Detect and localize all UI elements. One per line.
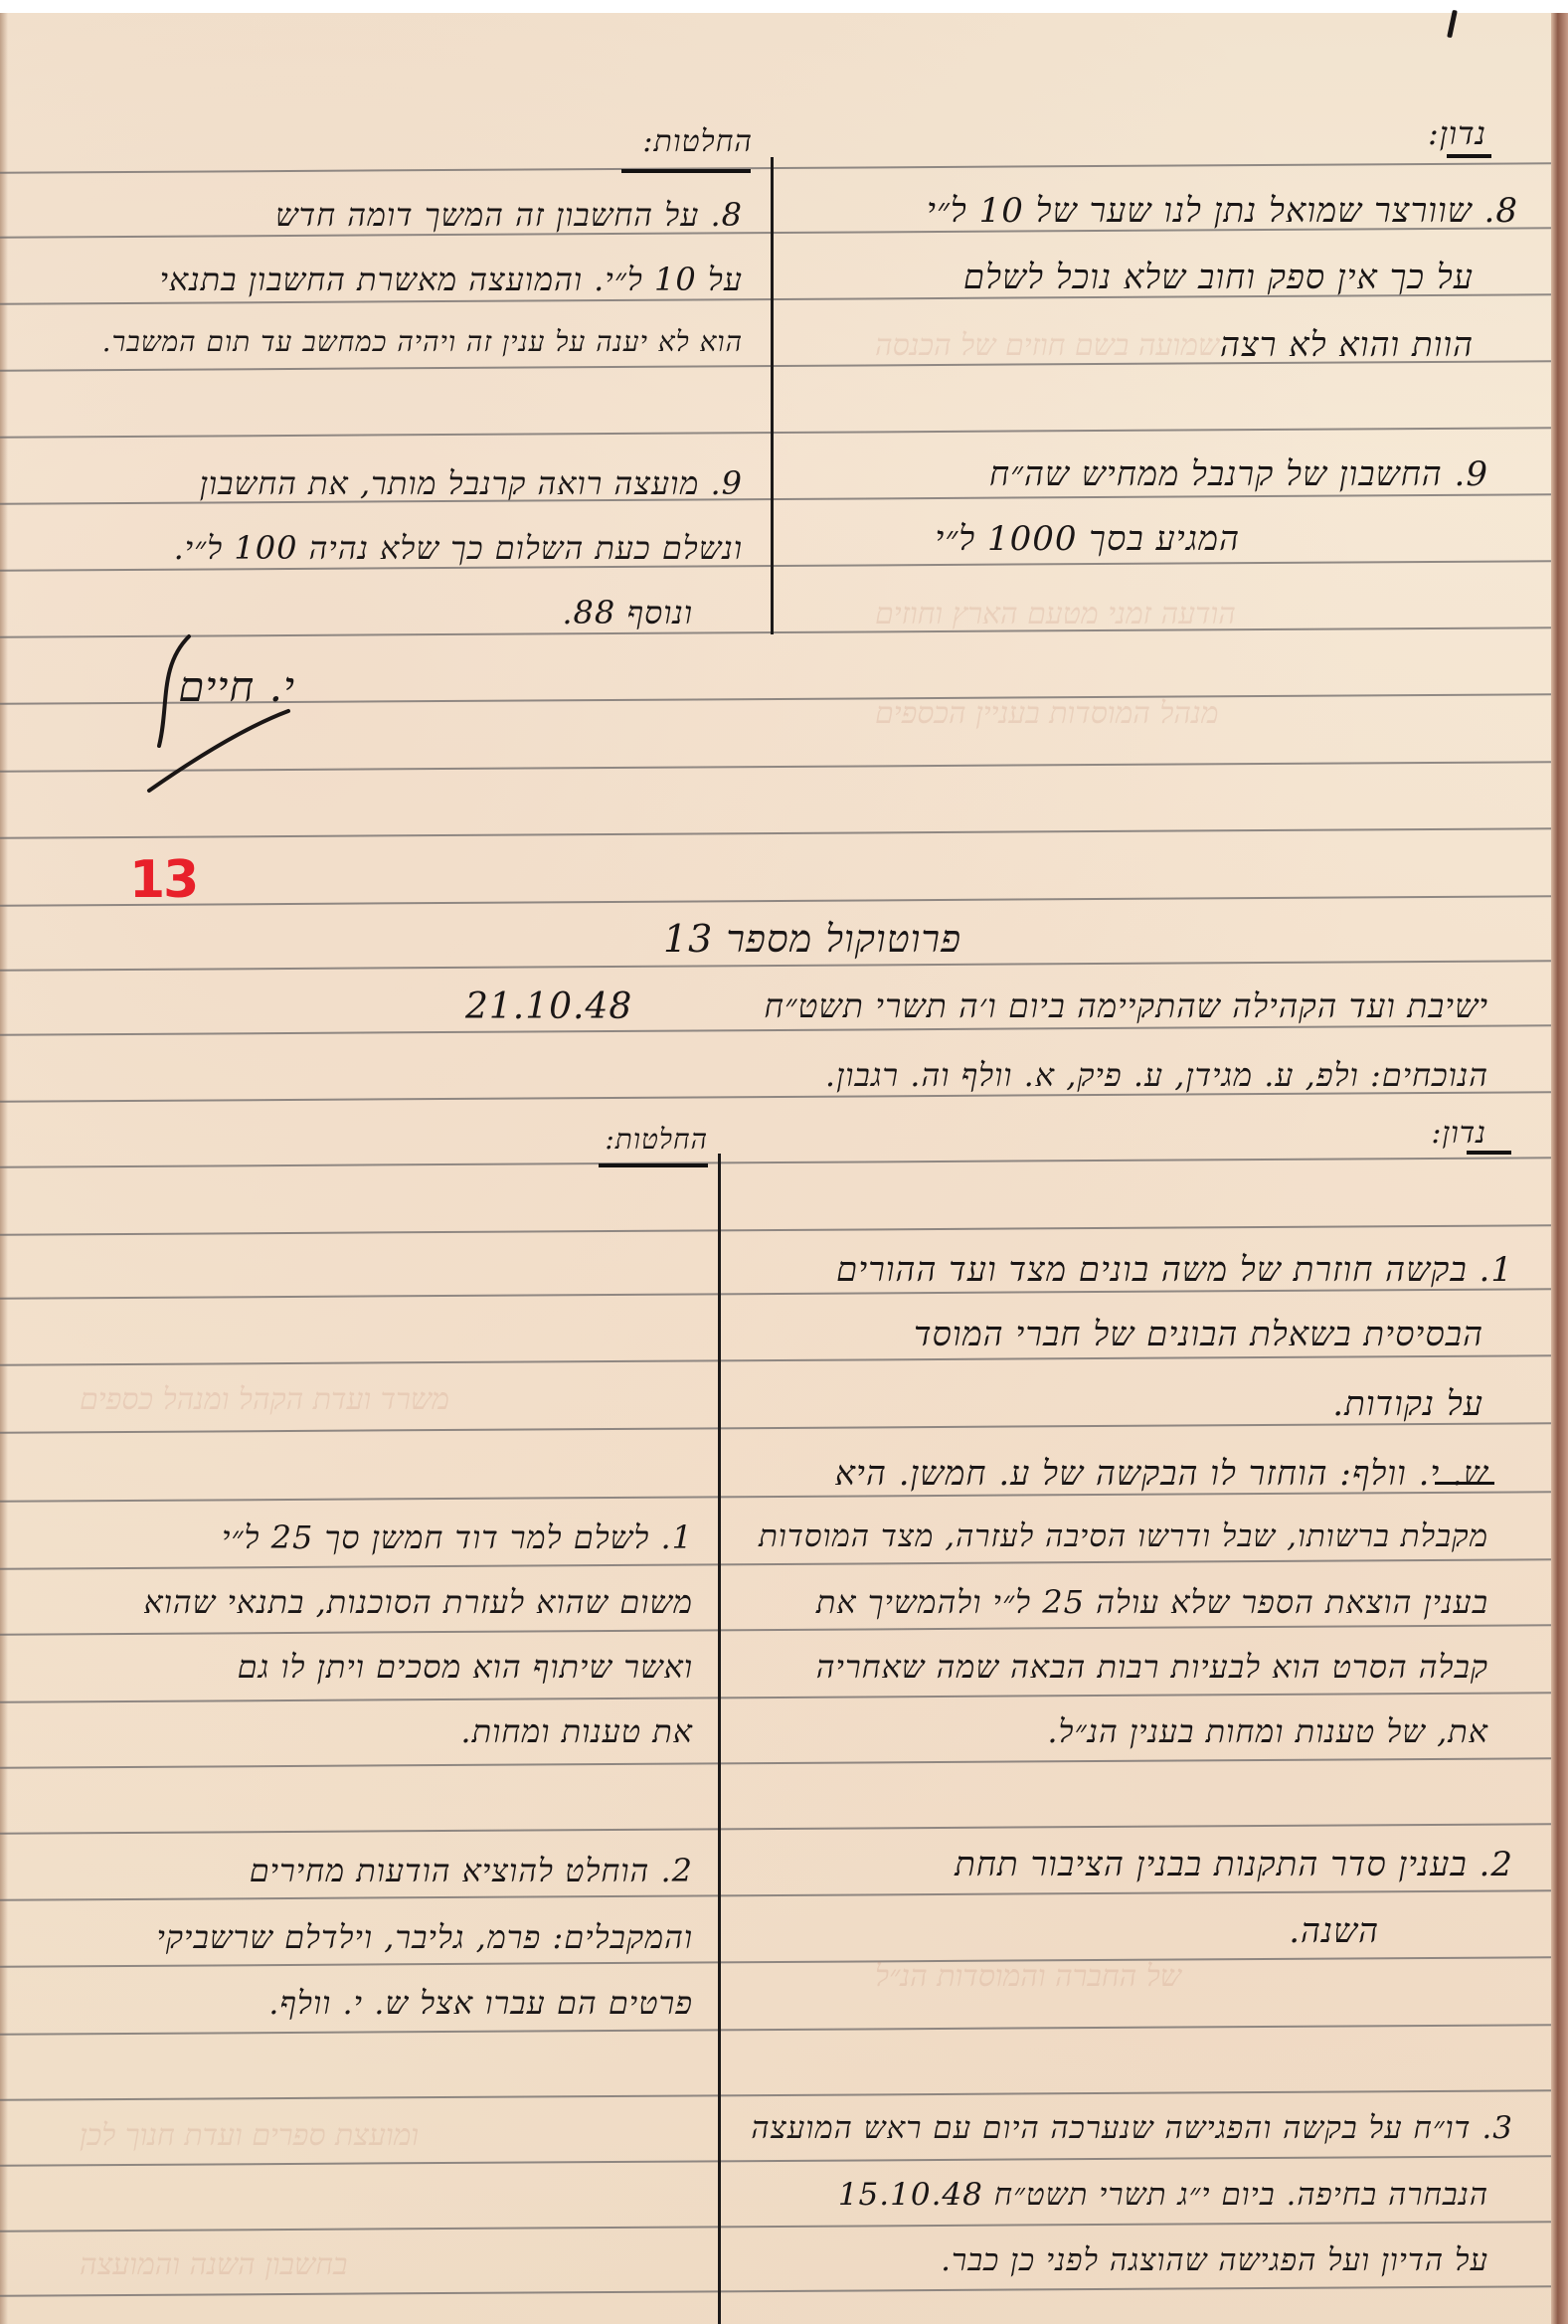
- subject-item-line: על הדיון ועל הפגישה שהוצגה לפני כן כבר.: [941, 2245, 1488, 2276]
- red-protocol-number-annotation: 13: [129, 850, 197, 910]
- subject-header-underline: [1447, 154, 1491, 158]
- session-line: ישיבת ועד הקהילה שהתקיימה ביום ו׳ה תשרי …: [764, 989, 1488, 1022]
- subject-column-header: נדון:: [1428, 117, 1486, 149]
- signature-flourish-icon: [139, 626, 318, 796]
- decision-item-line: 9. מועצה רואה קרנבל מותר, את החשבון: [200, 467, 743, 499]
- attendees-line: הנוכחים: ולפ, ע. מגידן, ע. פיק, א. וולף …: [825, 1059, 1488, 1091]
- subject-note-line: קבלה הסרט הוא לבעיות רבות הבאה שמה שאחרי…: [816, 1651, 1488, 1683]
- subject-item-line: 1. בקשה חוזרת של משה בונים מצד ועד ההורי…: [836, 1253, 1513, 1287]
- decision-item-line: ונוסף 88.: [562, 597, 693, 628]
- subject-item-line: הוות והוא לא רצה: [1220, 328, 1474, 362]
- subject-item-line: על נקודות.: [1332, 1387, 1483, 1421]
- decisions-header-underline: [621, 169, 751, 173]
- subject-item-line: 3. דו״ח על בקשה והפגישה שנערכה היום עם ר…: [751, 2113, 1513, 2144]
- subject-note-line: ש. י. וולף: הוחזר לו הבקשה של ע. חמשן. ה…: [835, 1457, 1488, 1491]
- subject-item-line: המגיע בסך 1000 ל״י: [935, 522, 1240, 556]
- note-label-underline: [1435, 1482, 1494, 1485]
- subject-item-line: 8. שוורצר שמואל נתן לנו שער של 10 ל״י: [927, 194, 1518, 228]
- decisions-column-header: החלטות:: [642, 127, 753, 157]
- protocol-title: פרוטוקול מספר 13: [663, 920, 961, 958]
- subject-item-line: על כך אין ספק וחוב שלא נוכל לשלם: [963, 261, 1474, 294]
- column-divider-bottom: [718, 1154, 721, 2324]
- protocol-date: 21.10.48: [465, 989, 632, 1025]
- subject-item-line: השנה.: [1289, 1914, 1379, 1948]
- subject-item-line: הנבחרה בחיפה. ביום י״ג תשרי תשט״ח 15.10.…: [838, 2180, 1488, 2211]
- decisions-column-header: החלטות:: [605, 1126, 708, 1154]
- decision-item-line: 1. לשלם למר דוד חמשן סך 25 ל״י: [222, 1521, 693, 1553]
- subject-column-header: נדון:: [1431, 1119, 1486, 1149]
- decisions-header-underline: [599, 1163, 708, 1167]
- subject-item-line: 9. החשבון של קרנבל ממחיש שה״ח: [989, 457, 1488, 491]
- decision-item-line: 2. הוחלט להוציא הודעות מחירים: [250, 1855, 693, 1886]
- subject-note-line: מקבלת ברשותו, שבל ודרשו הסיבה לעזרה, מצד…: [759, 1521, 1488, 1552]
- page-binding-edge: [0, 13, 8, 2324]
- column-divider-top: [771, 157, 774, 634]
- subject-note-line: את, של טענות ומחות בענין הנ״ל.: [1047, 1715, 1488, 1747]
- decision-item-line: פרטים הם עברו אצל ש. י. וולף.: [268, 1987, 693, 2019]
- decision-item-line: הוא לא יענה על ענין זה ויהיה כמחשב עד תו…: [102, 328, 743, 356]
- subject-item-line: 2. בענין סדר התקנות בבנין הציבור תחת: [955, 1848, 1513, 1881]
- decision-item-line: את טענות ומחות.: [460, 1715, 693, 1747]
- decision-item-line: ונשלם כעת השלום כך שלא נהיה 100 ל״י.: [174, 532, 743, 564]
- subject-header-underline: [1467, 1151, 1511, 1155]
- decision-item-line: 8. על החשבון זה המשך דומה חדש: [275, 199, 743, 231]
- decision-item-line: והמקבלים: פרמ, גליבר, וילדלם שרשביקי: [157, 1921, 693, 1953]
- subject-item-line: הבסיסית בשאלת הבונים של חברי המוסד: [914, 1318, 1483, 1351]
- page-right-edge: [1551, 13, 1568, 2324]
- decision-item-line: משום שהוא לעזרת הסוכנות, בתנאי שהוא: [144, 1586, 693, 1618]
- decision-item-line: ואשר שיתוף הוא מסכים ויתן לו גם: [238, 1651, 693, 1683]
- subject-note-line: בענין הוצאת הספר שלא עולה 25 ל״י ולהמשיך…: [816, 1586, 1488, 1618]
- decision-item-line: על 10 ל״י. והמועצה מאשרת החשבון בתנאי: [160, 264, 743, 295]
